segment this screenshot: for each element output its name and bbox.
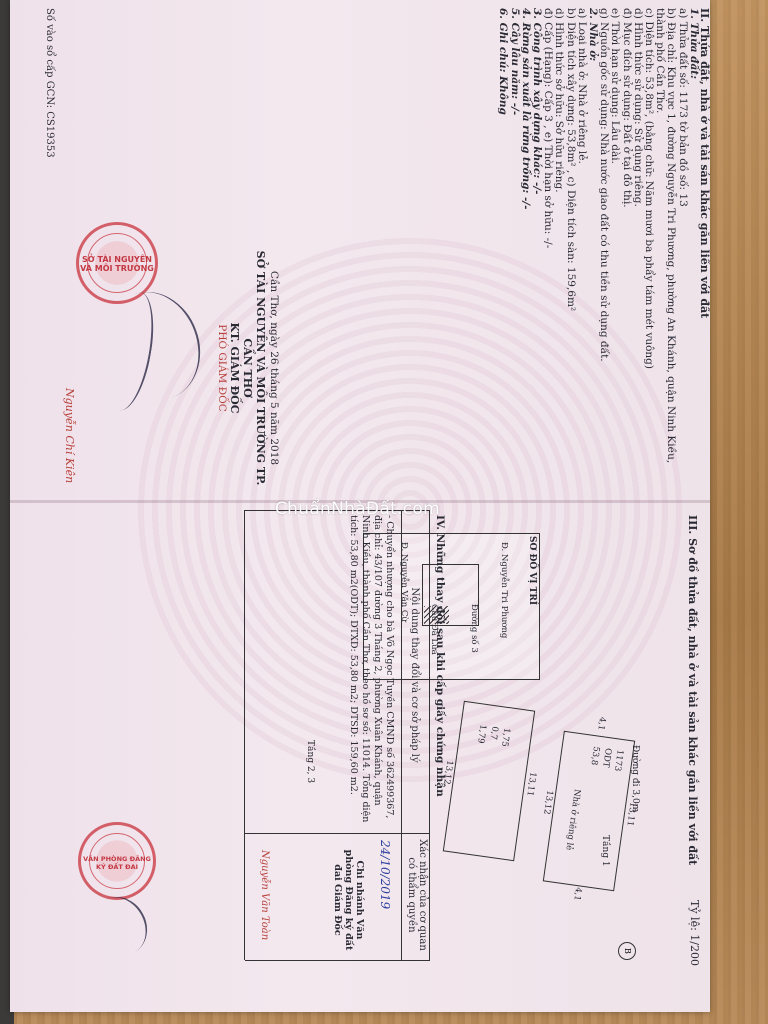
- north-arrow-icon: B: [618, 942, 636, 960]
- watermark: ChuẩnNhàĐất.com: [275, 499, 440, 519]
- house-lines-line: d) Hình thức sở hữu: Sở hữu riêng.: [553, 8, 564, 508]
- items-345-line: 3. Công trình xây dựng khác: -/-: [531, 8, 542, 508]
- issuer-signature-block: Cần Thơ, ngày 26 tháng 5 năm 2018 SỞ TÀI…: [215, 238, 280, 498]
- other-items: 3. Công trình xây dựng khác: -/-4. Rừng …: [497, 8, 542, 508]
- land-lines-line: b) Địa chỉ: Khu vực 1, đường Nguyễn Tri …: [665, 8, 676, 508]
- floor-2-3-label: Tầng 2, 3: [304, 740, 315, 783]
- location-map-title: SƠ ĐỒ VỊ TRÍ: [526, 536, 537, 605]
- change-entry: - Chuyển nhượng cho bà Võ Ngọc Tuyền CMN…: [347, 515, 395, 825]
- confirm-signer: Nguyễn Văn Toàn: [259, 850, 270, 940]
- signer-name: Nguyễn Chí Kiên: [64, 388, 75, 483]
- house-lines-line: b) Diện tích xây dựng: 53,8m² , c) Diện …: [564, 8, 575, 508]
- items-345-line: 6. Ghi chú: Không: [497, 8, 508, 508]
- column-header-content: Nội dung thay đổi và cơ sở pháp lý: [409, 515, 420, 835]
- confirm-date: 24/10/2019: [379, 840, 390, 909]
- land-lines-line: d) Hình thức sử dụng: Sử dụng riêng.: [632, 8, 643, 508]
- land-lines-line: thành phố Cần Thơ.: [654, 8, 665, 508]
- floor-2-3-plot: 1,75 0,7 1,79 13,11 13,12: [443, 701, 535, 862]
- signing-place-date: Cần Thơ, ngày 26 tháng 5 năm 2018: [267, 238, 280, 498]
- house-details: a) Loại nhà ở: Nhà ở riêng lẻ.b) Diện tí…: [542, 8, 587, 508]
- confirm-office: Chi nhánh Văn phòng Đăng ký đất đai Giám…: [332, 845, 365, 955]
- table-line: [244, 510, 245, 960]
- items-345-line: 4. Rừng sản xuất là rừng trồng: -/-: [520, 8, 531, 508]
- house-lines-line: đ) Cấp (Hạng): Cấp 3 , e) Thời hạn sở hữ…: [542, 8, 553, 508]
- issuer-name: SỞ TÀI NGUYÊN VÀ MÔI TRƯỜNG TP. CẦN THƠ: [241, 238, 267, 498]
- table-line: [429, 510, 430, 960]
- table-line: [245, 960, 430, 961]
- section-iii-title: III. Sơ đồ thửa đất, nhà ở và tài sản kh…: [687, 515, 698, 865]
- red-office-seal: VĂN PHÒNG ĐĂNG KÝ ĐẤT ĐAI: [78, 822, 156, 900]
- land-details: a) Thửa đất số: 1173 tờ bản đồ số: 13b) …: [598, 8, 688, 508]
- section-ii-title: II. Thửa đất, nhà ở và tài sản khác gắn …: [699, 8, 710, 508]
- column-header-confirm: Xác nhận của cơ quan có thẩm quyền: [406, 835, 428, 955]
- floor-1-plot: 1173 ODT 53,8 Nhà ở riêng lẻ 13,11 13,12…: [543, 731, 635, 892]
- house-heading: 2. Nhà ở:: [587, 8, 598, 508]
- house-lines-line: a) Loại nhà ở: Nhà ở riêng lẻ.: [576, 8, 587, 508]
- table-line: [245, 833, 430, 834]
- land-lines-line: a) Thửa đất số: 1173 tờ bản đồ số: 13: [676, 8, 687, 508]
- land-lines-line: e) Thời hạn sử dụng: Lâu dài.: [609, 8, 620, 508]
- land-lines-line: c) Diện tích: 53,8m², (bằng chữ: Năm mươ…: [643, 8, 654, 508]
- items-345-line: 5. Cây lâu năm: -/-: [508, 8, 519, 508]
- land-lines-line: đ) Mục đích sử dụng: Đất ở tại đô thị.: [620, 8, 631, 508]
- table-line: [401, 510, 402, 960]
- section-iv-title: IV. Những thay đổi sau khi cấp giấy chứn…: [434, 515, 445, 797]
- role-line-1: KT. GIÁM ĐỐC: [228, 238, 241, 498]
- map-scale: Tỷ lệ: 1/200: [689, 900, 700, 966]
- land-lines-line: g) Nguồn gốc sử dụng: Nhà nước giao đất …: [598, 8, 609, 508]
- serial-number: Số vào sổ cấp GCN: CS19353: [44, 8, 55, 158]
- role-line-2: PHÓ GIÁM ĐỐC: [215, 238, 228, 498]
